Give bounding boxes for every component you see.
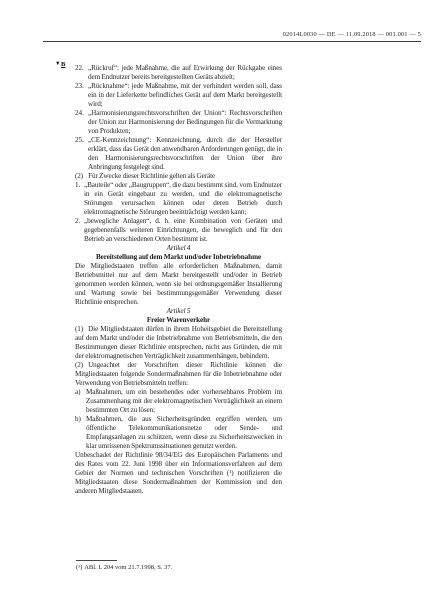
text-column: 22. „Rückruf“: jede Maßnahme, die auf Er… xyxy=(75,64,282,496)
item-letter: b) xyxy=(75,415,81,424)
measure-item-b: b) Maßnahmen, die aus Sicherheitsgründen… xyxy=(75,415,282,451)
item-text: „Bauteile“ oder „Baugruppen“, die dazu b… xyxy=(84,181,282,216)
item-text: „CE-Kennzeichnung“: Kennzeichnung, durch… xyxy=(88,136,282,171)
item-text: „Rückruf“: jede Maßnahme, die auf Erwirk… xyxy=(88,64,282,81)
article-4-body: Die Mitgliedstaaten treffen alle erforde… xyxy=(75,262,282,307)
paragraph-text: Ungeachtet der Vorschriften dieser Richt… xyxy=(75,361,282,387)
measure-item-a: a) Maßnahmen, um ein bestehendes oder vo… xyxy=(75,388,282,415)
item-number: 1. xyxy=(75,181,80,190)
paragraph-2-intro: (2)Für Zwecke dieser Richtlinie gelten a… xyxy=(75,172,282,181)
item-number: 2. xyxy=(75,217,80,226)
running-header: 02014L0030 — DE — 11.09.2018 — 001.001 —… xyxy=(43,31,421,42)
paragraph-text: Für Zwecke dieser Richtlinie gelten als … xyxy=(88,172,215,180)
article-4-label: Artikel 4 xyxy=(75,244,282,253)
article-5-paragraph-1: (1)Die Mitgliedstaaten dürfen in ihrem H… xyxy=(75,325,282,361)
paragraph-number: (2) xyxy=(75,361,83,369)
article-5-label: Artikel 5 xyxy=(75,307,282,316)
definition-item-23: 23. „Rücknahme“: jede Maßnahme, mit der … xyxy=(75,82,282,109)
version-marker-label: B xyxy=(61,61,65,68)
definition-item-25: 25. „CE-Kennzeichnung“: Kennzeichnung, d… xyxy=(75,136,282,172)
item-text: „Harmonisierungsrechtsvorschriften der U… xyxy=(88,109,282,135)
item-number: 22. xyxy=(75,64,84,73)
footnote: (¹)ABl. L 204 vom 21.7.1998, S. 37. xyxy=(76,564,296,572)
footnote-rule xyxy=(76,560,117,561)
definition-item-22: 22. „Rückruf“: jede Maßnahme, die auf Er… xyxy=(75,64,282,82)
item-letter: a) xyxy=(75,388,80,397)
item-text: Maßnahmen, die aus Sicherheitsgründen er… xyxy=(86,415,282,450)
triangle-down-icon: ▼ xyxy=(55,61,61,67)
definition-item-24: 24. „Harmonisierungsrechtsvorschriften d… xyxy=(75,109,282,136)
item-text: Maßnahmen, um ein bestehendes oder vorhe… xyxy=(86,388,282,414)
footnote-text: ABl. L 204 vom 21.7.1998, S. 37. xyxy=(84,564,172,571)
item-text: „Rücknahme“: jede Maßnahme, mit der verh… xyxy=(88,82,282,108)
article-4-title: Bereitstellung auf dem Markt und/oder In… xyxy=(75,253,282,262)
device-item-2: 2. „bewegliche Anlagen“, d. h. eine Komb… xyxy=(75,217,282,244)
item-number: 23. xyxy=(75,82,84,91)
notification-paragraph: Unbeschadet der Richtlinie 98/34/EG des … xyxy=(75,451,282,496)
item-number: 24. xyxy=(75,109,84,118)
article-5-title: Freier Warenverkehr xyxy=(75,316,282,325)
footnote-marker: (¹) xyxy=(76,564,82,571)
item-number: 25. xyxy=(75,136,84,145)
paragraph-number: (1) xyxy=(75,325,83,333)
version-marker: ▼B xyxy=(55,53,65,71)
device-item-1: 1. „Bauteile“ oder „Baugruppen“, die daz… xyxy=(75,181,282,217)
article-5-paragraph-2: (2)Ungeachtet der Vorschriften dieser Ri… xyxy=(75,361,282,388)
document-page: 02014L0030 — DE — 11.09.2018 — 001.001 —… xyxy=(0,0,424,600)
paragraph-number: (2) xyxy=(75,172,83,180)
paragraph-text: Die Mitgliedstaaten dürfen in ihrem Hohe… xyxy=(75,325,282,360)
item-text: „bewegliche Anlagen“, d. h. eine Kombina… xyxy=(84,217,282,243)
document-reference: 02014L0030 — DE — 11.09.2018 — 001.001 —… xyxy=(283,31,421,38)
